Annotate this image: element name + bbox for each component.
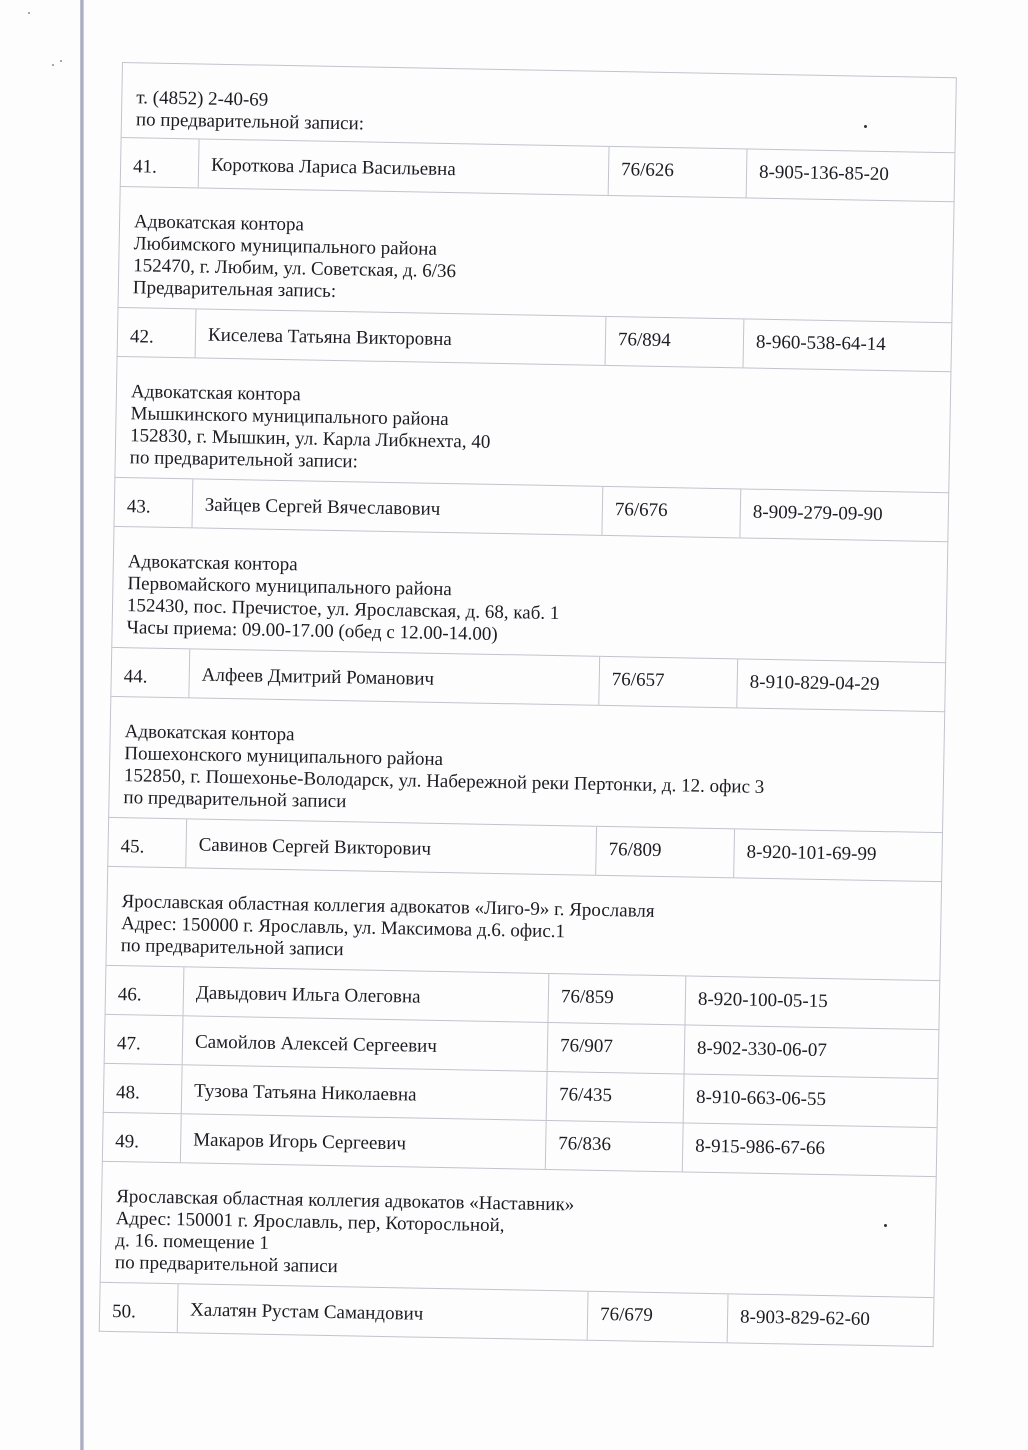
phone-number: 8-910-829-04-29: [737, 659, 892, 710]
office-info: Адвокатская контора Пошехонского муницип…: [108, 697, 945, 833]
row-number: 47.: [105, 1015, 184, 1064]
phone-number: 8-960-538-64-14: [744, 319, 899, 370]
lawyer-name: Зайцев Сергей Вячеславович: [192, 479, 603, 535]
registry-number: 76/907: [548, 1023, 686, 1074]
phone-number: 8-910-663-06-55: [684, 1074, 839, 1125]
row-number: 50.: [100, 1283, 179, 1332]
lawyer-name: Тузова Татьяна Николаевна: [182, 1065, 548, 1120]
lawyer-name: Давыдович Ильга Олеговна: [184, 967, 550, 1022]
registry-number: 76/626: [609, 147, 748, 198]
phone-number: 8-920-101-69-99: [734, 829, 889, 880]
lawyer-name: Самойлов Алексей Сергеевич: [183, 1016, 549, 1071]
phone-number: 8-920-100-05-15: [685, 976, 840, 1027]
phone-number: 8-902-330-06-07: [685, 1025, 840, 1076]
lawyer-name: Халатян Рустам Самандович: [178, 1284, 589, 1340]
office-info: Ярославская областная коллегия адвокатов…: [105, 867, 942, 981]
registry-number: 76/679: [588, 1292, 729, 1343]
lawyer-name: Алфеев Дмитрий Романович: [189, 649, 600, 705]
lawyer-name: Киселева Татьяна Викторовна: [196, 309, 607, 365]
row-number: 41.: [121, 138, 200, 187]
office-info: Адвокатская контора Любимского муниципал…: [117, 187, 954, 323]
lawyer-name: Короткова Лариса Васильевна: [199, 139, 610, 195]
registry-number: 76/435: [547, 1072, 685, 1123]
lawyer-table: т. (4852) 2-40-69 по предварительной зап…: [99, 62, 957, 1347]
lawyer-name: Макаров Игорь Сергеевич: [181, 1114, 547, 1169]
registry-number: 76/657: [599, 657, 738, 708]
scan-speck: [884, 1224, 887, 1227]
row-number: 42.: [118, 308, 197, 357]
office-info: Ярославская областная коллегия адвокатов…: [100, 1162, 937, 1298]
scan-speck: [52, 64, 54, 66]
row-number: 49.: [103, 1113, 182, 1162]
row-number: 46.: [106, 966, 185, 1015]
phone-number: 8-903-829-62-60: [728, 1294, 883, 1345]
row-number: 44.: [111, 648, 190, 697]
scan-speck: [60, 60, 62, 62]
row-number: 48.: [104, 1064, 183, 1113]
scan-speck: [864, 125, 867, 128]
office-info: Адвокатская контора Первомайского муници…: [111, 527, 948, 663]
phone-number: 8-915-986-67-66: [683, 1123, 838, 1174]
registry-number: 76/836: [546, 1121, 684, 1172]
phone-number: 8-909-279-09-90: [740, 489, 895, 540]
registry-number: 76/859: [548, 974, 686, 1025]
phone-number: 8-905-136-85-20: [747, 149, 902, 200]
registry-number: 76/894: [606, 317, 745, 368]
registry-number: 76/809: [596, 827, 735, 878]
scan-speck: [28, 12, 30, 14]
row-number: 45.: [108, 818, 187, 867]
lawyer-name: Савинов Сергей Викторович: [186, 819, 597, 875]
registry-number: 76/676: [602, 487, 741, 538]
page-binding-edge: [80, 0, 84, 1450]
office-info: Адвокатская контора Мышкинского муниципа…: [114, 357, 951, 493]
row-number: 43.: [114, 478, 193, 527]
